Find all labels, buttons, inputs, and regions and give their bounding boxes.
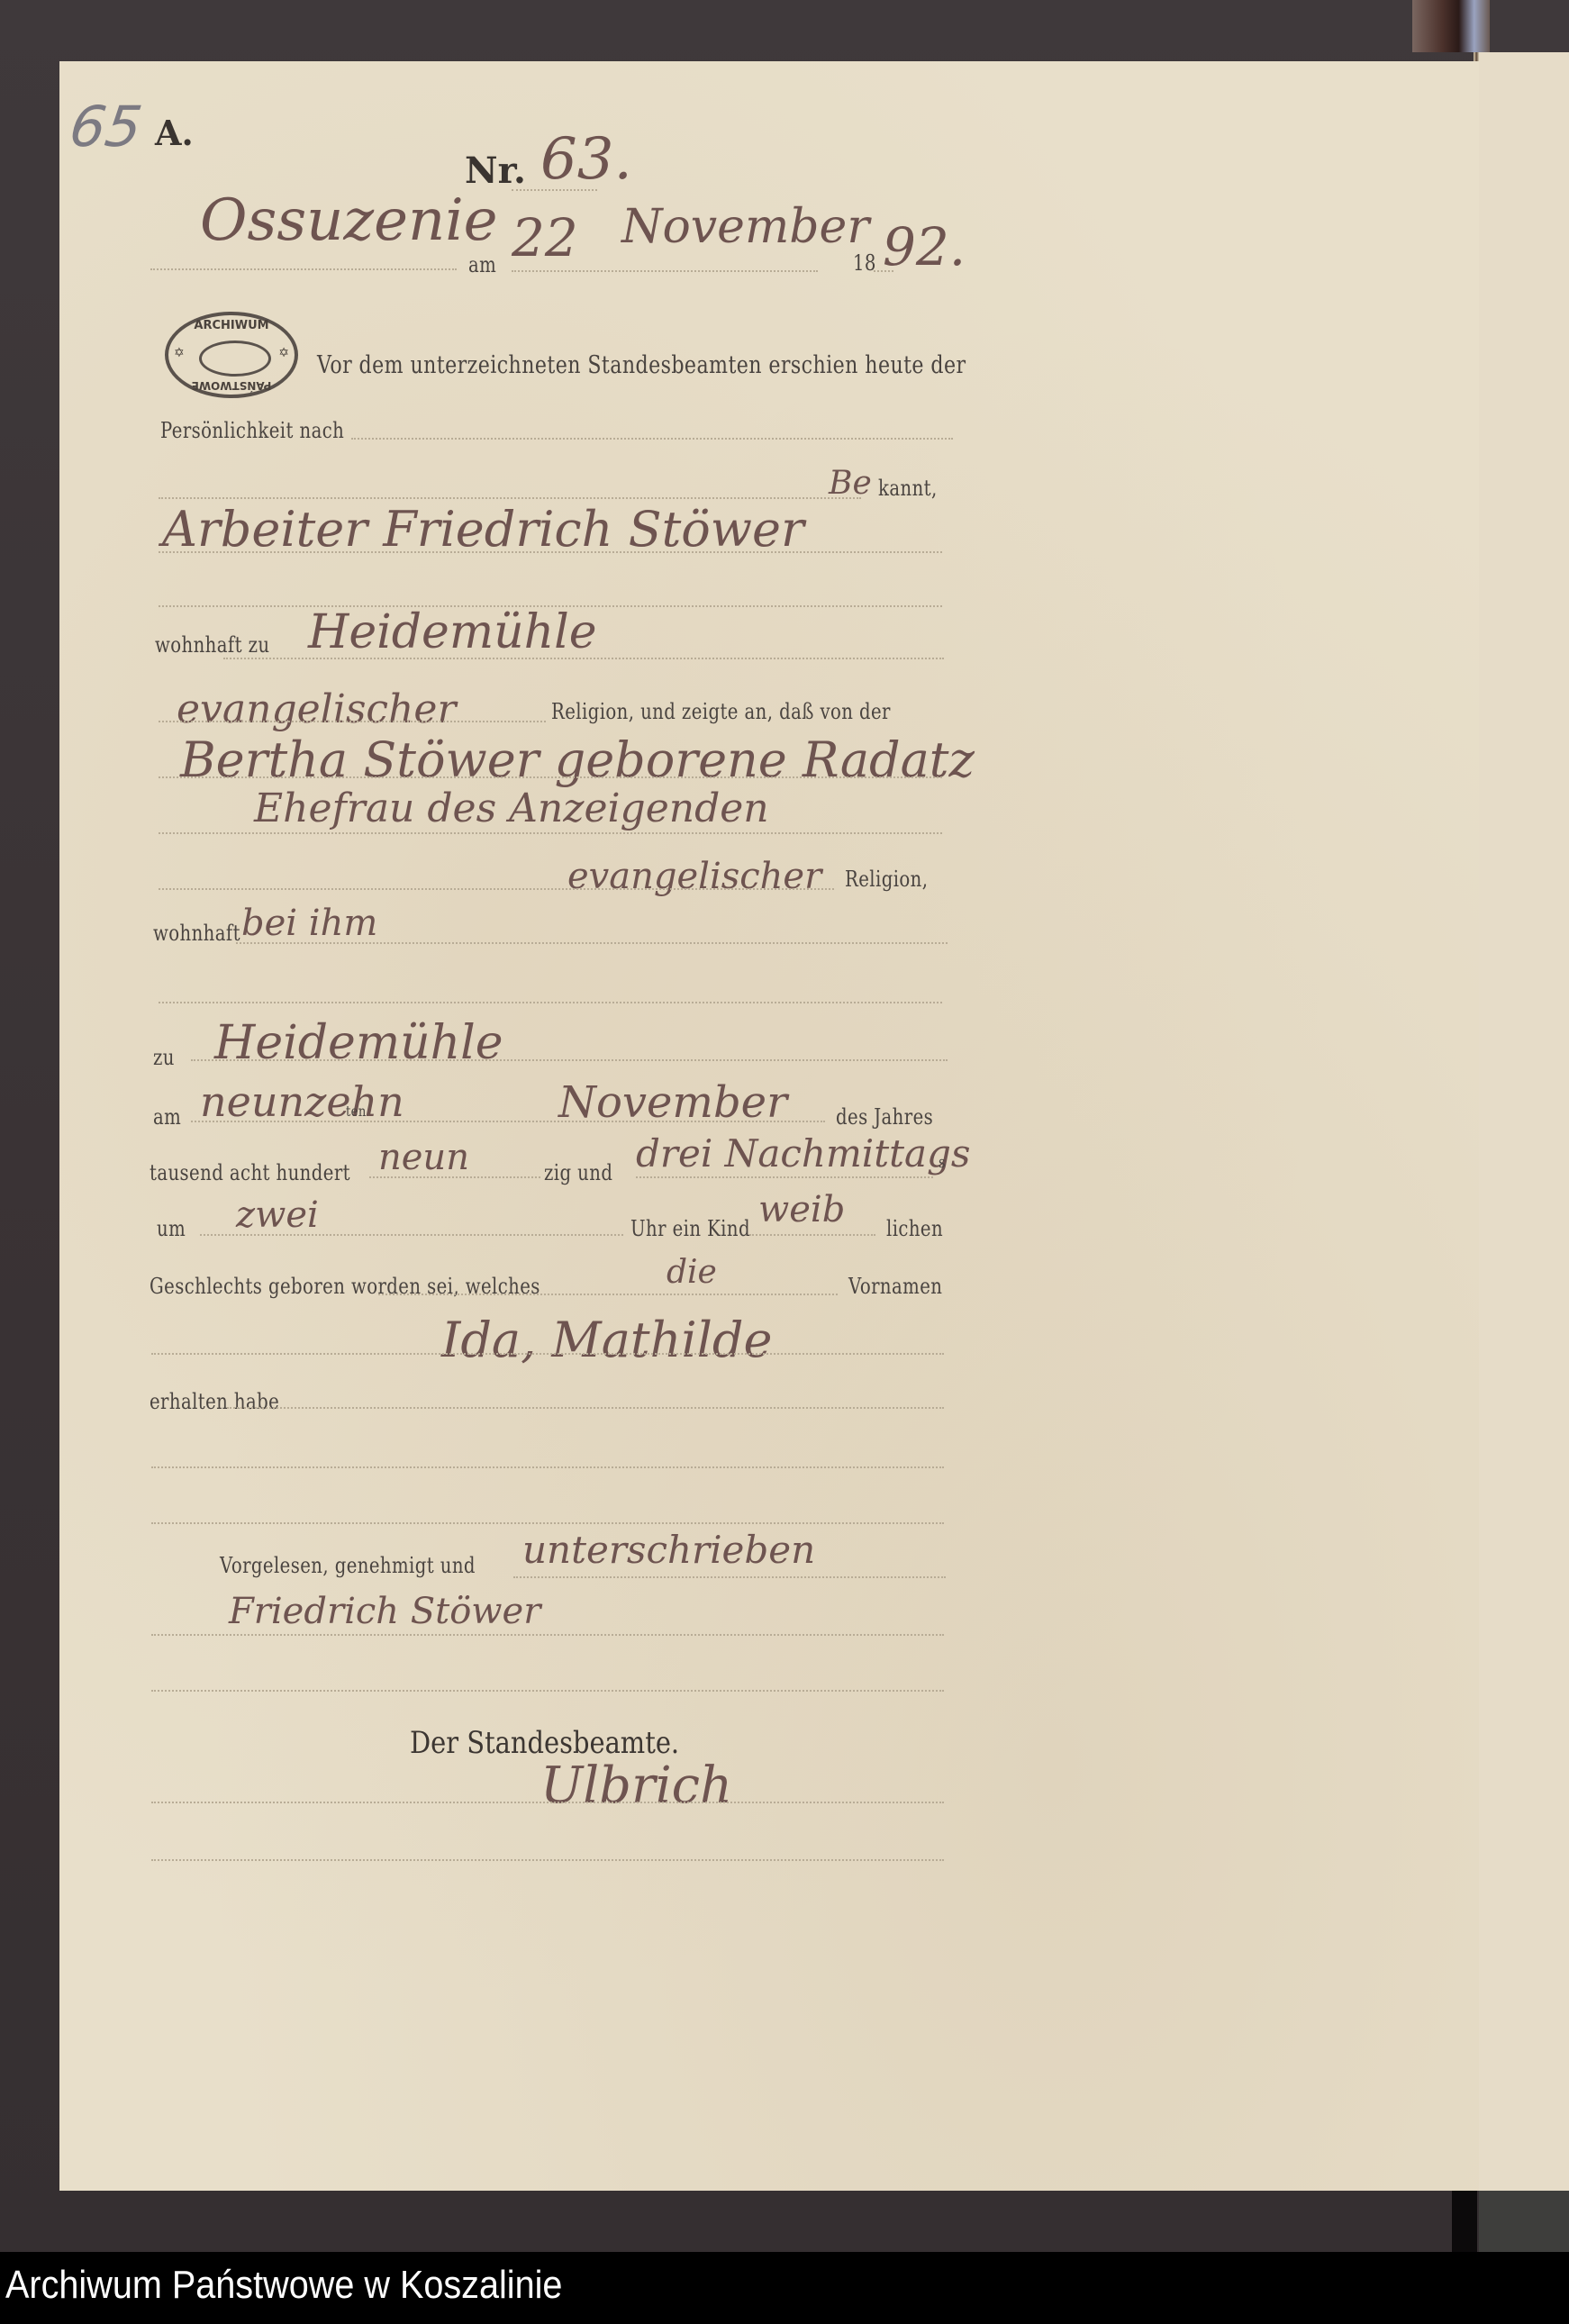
printed-zig-und: zig und (544, 1160, 612, 1185)
dotline (369, 1176, 540, 1178)
printed-wohnhaft: wohnhaft (153, 921, 240, 946)
handwritten-bei-ihm: bei ihm (241, 903, 377, 944)
printed-s: s (939, 1153, 946, 1172)
printed-religion: Religion, (845, 867, 928, 892)
printed-persoenlichkeit: Persönlichkeit nach (160, 418, 344, 443)
printed-kannt: kannt, (878, 476, 938, 501)
dotline (378, 1294, 838, 1295)
dotline (351, 438, 953, 440)
dotline (159, 497, 861, 499)
dotline (151, 1466, 944, 1468)
number-label: Nr. (465, 150, 526, 192)
dotline (151, 1859, 944, 1861)
dotline (151, 1802, 944, 1803)
printed-erhalten-habe: erhalten habe (150, 1389, 279, 1414)
number-value: 63. (540, 126, 632, 193)
printed-lichen: lichen (886, 1216, 943, 1241)
spine-gap (1452, 2191, 1477, 2252)
printed-um: um (157, 1216, 186, 1241)
stamp-bottom-text: PAŃSTWOWE (168, 379, 295, 392)
dotline (636, 1176, 933, 1178)
printed-zu: zu (153, 1045, 175, 1070)
date-dotline (512, 270, 818, 272)
margin-note: 65 (66, 94, 146, 159)
handwritten-father-name: Arbeiter Friedrich Stöwer (162, 501, 804, 558)
dotline (151, 1353, 944, 1355)
date-month: November (621, 200, 869, 254)
dotline (159, 776, 942, 778)
printed-wohnhaft-zu: wohnhaft zu (155, 632, 269, 658)
number-dotline (512, 189, 597, 191)
handwritten-mother-name: Bertha Stöwer geborene Radatz (180, 731, 975, 788)
handwritten-year-unit: drei Nachmittags (636, 1131, 970, 1176)
handwritten-unterschrieben: unterschrieben (522, 1528, 815, 1572)
date-year-suffix: 92. (883, 216, 966, 277)
dotline (749, 1234, 875, 1236)
archive-caption-bar: Archiwum Państwowe w Koszalinie (0, 2252, 1569, 2324)
handwritten-sex: weib (758, 1189, 845, 1230)
handwritten-die: die (667, 1254, 717, 1291)
dotline (151, 1522, 944, 1524)
star-icon: ✡ (174, 346, 185, 360)
printed-am: am (153, 1104, 181, 1130)
printed-line-intro: Vor dem unterzeichneten Standesbeamten e… (317, 351, 966, 379)
date-year-prefix: 18 (853, 250, 876, 276)
date-day: 22 (512, 207, 578, 268)
dotline (364, 1121, 825, 1122)
handwritten-registrar-signature: Ulbrich (540, 1757, 732, 1815)
binding-thread (1412, 0, 1490, 52)
dotline (236, 942, 948, 944)
date-am-label: am (468, 252, 496, 277)
handwritten-be: Be (829, 465, 872, 502)
handwritten-mother-role: Ehefrau des Anzeigenden (254, 785, 769, 831)
archive-stamp: ARCHIWUM ✡ ✡ PAŃSTWOWE (165, 312, 298, 398)
dotline (151, 1634, 944, 1636)
printed-tausend-acht-hundert: tausend acht hundert (150, 1160, 350, 1185)
star-icon: ✡ (278, 346, 289, 360)
handwritten-residence: Heidemühle (308, 605, 597, 659)
dotline (191, 1121, 362, 1122)
dotline (151, 1690, 944, 1692)
handwritten-birth-day: neunzehn (200, 1077, 404, 1126)
dotline (223, 658, 944, 659)
dotline (159, 888, 834, 890)
next-page-edge (1479, 52, 1569, 2191)
printed-vorgelesen: Vorgelesen, genehmigt und (220, 1553, 476, 1578)
stamp-inner-oval (199, 340, 271, 377)
dotline (159, 1002, 942, 1003)
printed-des-jahres: des Jahres (836, 1104, 933, 1130)
handwritten-religion-father: evangelischer (177, 686, 456, 732)
printed-uhr-ein-kind: Uhr ein Kind (630, 1216, 750, 1241)
dotline (159, 832, 942, 834)
archive-caption: Archiwum Państwowe w Koszalinie (5, 2263, 562, 2308)
handwritten-hour: zwei (236, 1194, 319, 1236)
handwritten-religion-mother: evangelischer (567, 856, 821, 897)
printed-ten: ten (346, 1103, 367, 1120)
place-handwritten: Ossuzenie (200, 187, 498, 254)
dotline (191, 1059, 948, 1061)
form-letter: A. (155, 113, 194, 153)
handwritten-child-names: Ida, Mathilde (441, 1312, 772, 1368)
registrar-title: Der Standesbeamte. (410, 1725, 679, 1761)
printed-religion-zeigte: Religion, und zeigte an, daß von der (551, 699, 891, 724)
printed-vornamen: Vornamen (848, 1274, 942, 1299)
right-mount (1479, 2191, 1569, 2252)
dotline (200, 1234, 623, 1236)
stamp-top-text: ARCHIWUM (168, 319, 295, 332)
handwritten-birthplace: Heidemühle (214, 1016, 503, 1070)
dotline (159, 721, 546, 722)
place-dotline (150, 268, 457, 270)
dotline (513, 1576, 946, 1578)
handwritten-decade: neun (378, 1137, 469, 1178)
year-dotline (874, 270, 893, 272)
dotline (227, 1407, 944, 1409)
handwritten-informant-signature: Friedrich Stöwer (229, 1591, 540, 1632)
dotline (159, 551, 942, 553)
